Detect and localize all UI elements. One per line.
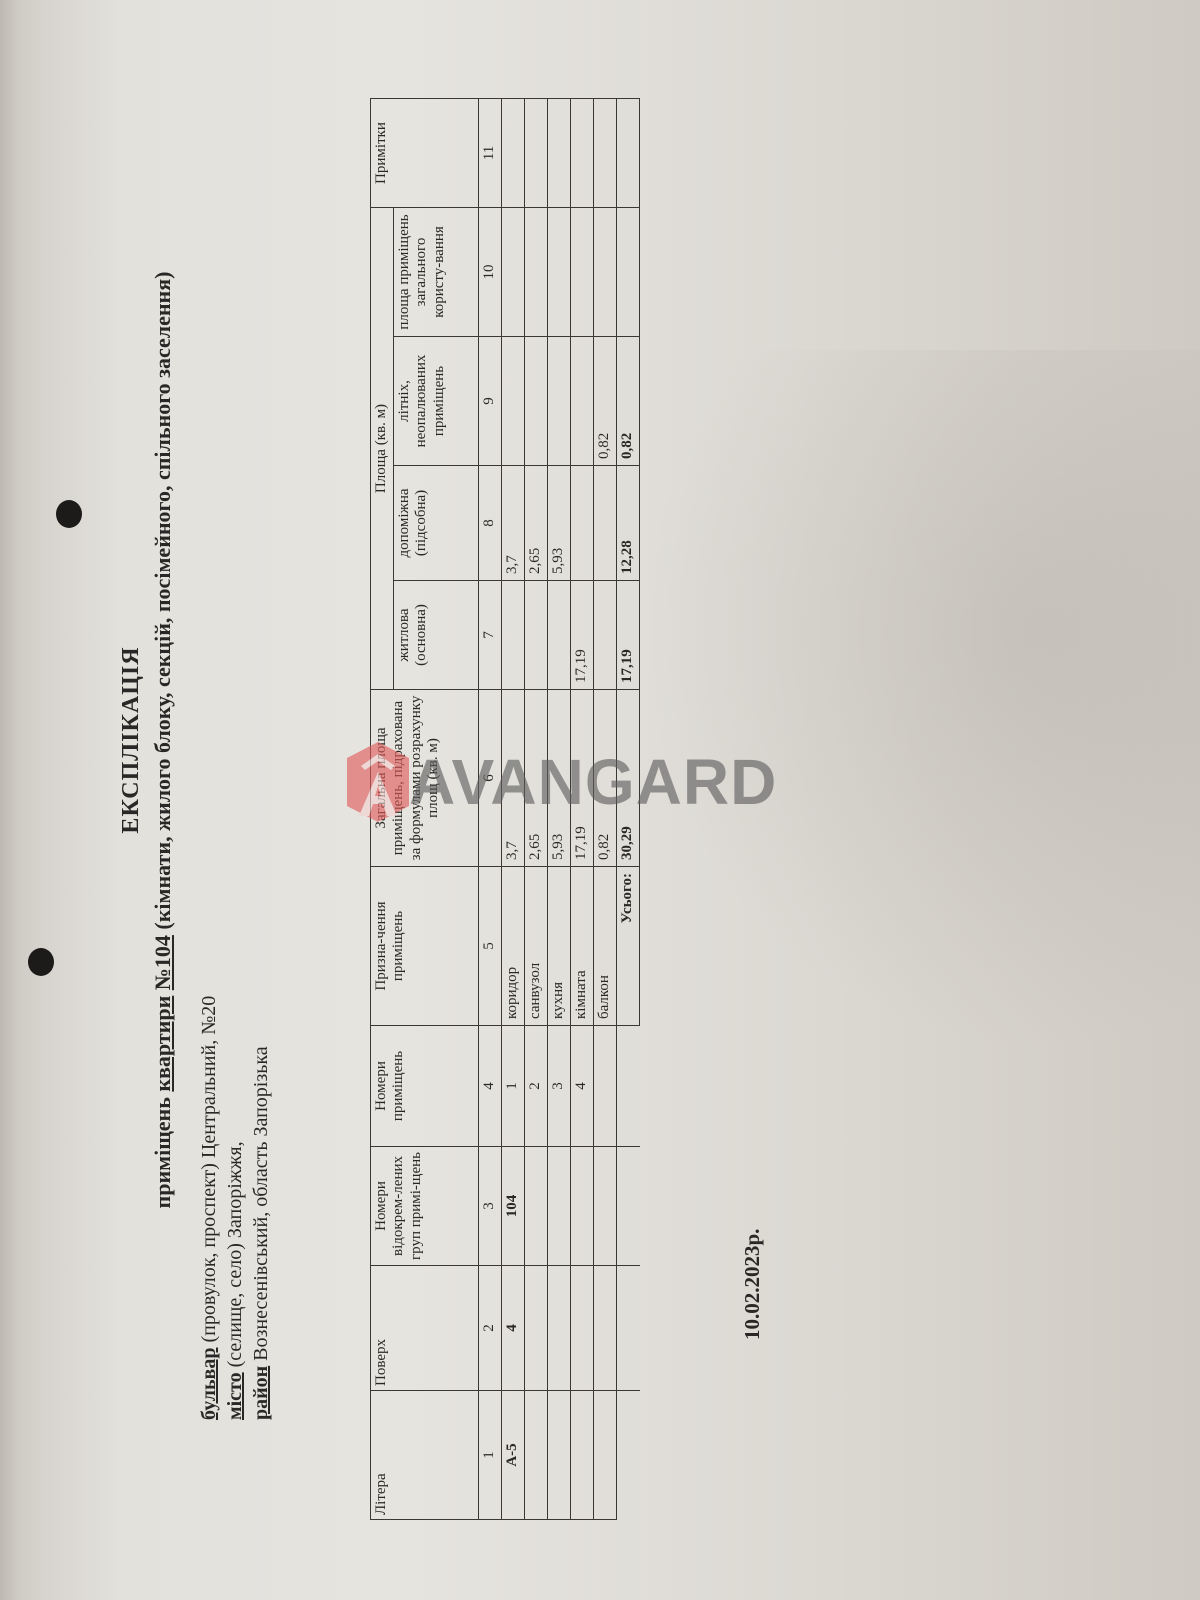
district-text: Вознесенівський, область Запорізька	[250, 1046, 272, 1366]
cell-room: 4	[571, 1026, 594, 1147]
cell-room	[594, 1026, 617, 1147]
cell-auxiliary: 3,7	[502, 466, 525, 581]
header-room-numbers: Номери приміщень	[371, 1026, 479, 1147]
cell-auxiliary: 5,93	[548, 466, 571, 581]
cell-purpose: коридор	[502, 867, 525, 1026]
street-text: (провулок, проспект) Центральний, №20	[198, 996, 220, 1348]
cell-group	[525, 1147, 548, 1266]
apartment-number: №104	[150, 935, 175, 990]
cell-living	[594, 581, 617, 690]
cell-purpose: кухня	[548, 867, 571, 1026]
header-living: житлова (основна)	[394, 581, 479, 690]
column-number: 10	[479, 208, 502, 337]
district-label: район	[250, 1366, 272, 1420]
cell-common	[502, 208, 525, 337]
header-summer: літніх, неопалюваних приміщень	[394, 337, 479, 466]
cell-summer	[548, 337, 571, 466]
address-district: район Вознесенівський, область Запорізьк…	[250, 1046, 273, 1420]
cell-group	[594, 1147, 617, 1266]
cell-living	[502, 581, 525, 690]
address-street: бульвар (провулок, проспект) Центральний…	[198, 996, 221, 1420]
header-group-numbers: Номери відокрем-лених груп примі-щень	[371, 1147, 479, 1266]
totals-summer: 0,82	[617, 337, 640, 466]
header-area-group: Площа (кв. м)	[371, 208, 394, 690]
cell-floor: 4	[502, 1266, 525, 1391]
column-number: 7	[479, 581, 502, 690]
cell-room: 2	[525, 1026, 548, 1147]
header-common: площа приміщень загального користу-вання	[394, 208, 479, 337]
totals-auxiliary: 12,28	[617, 466, 640, 581]
subtitle-prefix: приміщень	[150, 1092, 175, 1209]
cell-common	[571, 208, 594, 337]
cell-floor	[571, 1266, 594, 1391]
column-number: 9	[479, 337, 502, 466]
header-floor: Поверх	[371, 1266, 479, 1391]
column-number: 11	[479, 99, 502, 208]
cell-litera	[594, 1391, 617, 1520]
cell-group	[571, 1147, 594, 1266]
cell-group: 104	[502, 1147, 525, 1266]
document-date: 10.02.2023р.	[740, 1229, 765, 1340]
column-number: 5	[479, 867, 502, 1026]
cell-notes	[525, 99, 548, 208]
street-label: бульвар	[198, 1348, 220, 1420]
address-city: місто (селище, село) Запоріжжя,	[224, 1141, 247, 1420]
column-number: 3	[479, 1147, 502, 1266]
cell-summer	[502, 337, 525, 466]
subtitle-kind: квартири	[150, 996, 175, 1092]
document-title: ЕКСПЛІКАЦІЯ	[118, 540, 145, 940]
column-number: 8	[479, 466, 502, 581]
cell-living	[525, 581, 548, 690]
totals-living: 17,19	[617, 581, 640, 690]
document-subtitle: приміщень квартири №104 (кімнати, жилого…	[150, 190, 176, 1290]
subtitle-suffix: (кімнати, жилого блоку, секцій, посімейн…	[150, 272, 175, 936]
cell-floor	[525, 1266, 548, 1391]
cell-notes	[594, 99, 617, 208]
watermark-text: AVANGARD	[409, 745, 777, 819]
cell-auxiliary	[594, 466, 617, 581]
cell-litera	[525, 1391, 548, 1520]
cell-notes	[548, 99, 571, 208]
avangard-logo-icon	[345, 740, 411, 824]
watermark: AVANGARD	[345, 740, 777, 824]
city-text: (селище, село) Запоріжжя,	[224, 1141, 246, 1372]
cell-common	[594, 208, 617, 337]
column-number: 2	[479, 1266, 502, 1391]
cell-notes	[502, 99, 525, 208]
cell-litera	[571, 1391, 594, 1520]
column-number: 4	[479, 1026, 502, 1147]
cell-living	[548, 581, 571, 690]
cell-floor	[548, 1266, 571, 1391]
cell-room: 1	[502, 1026, 525, 1147]
cell-summer: 0,82	[594, 337, 617, 466]
header-auxiliary: допоміжна (підсобна)	[394, 466, 479, 581]
header-purpose: Призна-чення приміщень	[371, 867, 479, 1026]
cell-floor	[594, 1266, 617, 1391]
cell-living: 17,19	[571, 581, 594, 690]
cell-purpose: кімната	[571, 867, 594, 1026]
cell-notes	[571, 99, 594, 208]
cell-group	[548, 1147, 571, 1266]
cell-common	[525, 208, 548, 337]
header-litera: Літера	[371, 1391, 479, 1520]
cell-auxiliary	[571, 466, 594, 581]
column-number: 1	[479, 1391, 502, 1520]
cell-litera	[548, 1391, 571, 1520]
cell-common	[548, 208, 571, 337]
totals-label: Усього:	[617, 867, 640, 1026]
cell-room: 3	[548, 1026, 571, 1147]
city-label: місто	[224, 1372, 246, 1420]
cell-purpose: санвузол	[525, 867, 548, 1026]
header-notes: Примітки	[371, 99, 479, 208]
cell-auxiliary: 2,65	[525, 466, 548, 581]
cell-purpose: балкон	[594, 867, 617, 1026]
cell-litera: А-5	[502, 1391, 525, 1520]
cell-summer	[525, 337, 548, 466]
cell-summer	[571, 337, 594, 466]
